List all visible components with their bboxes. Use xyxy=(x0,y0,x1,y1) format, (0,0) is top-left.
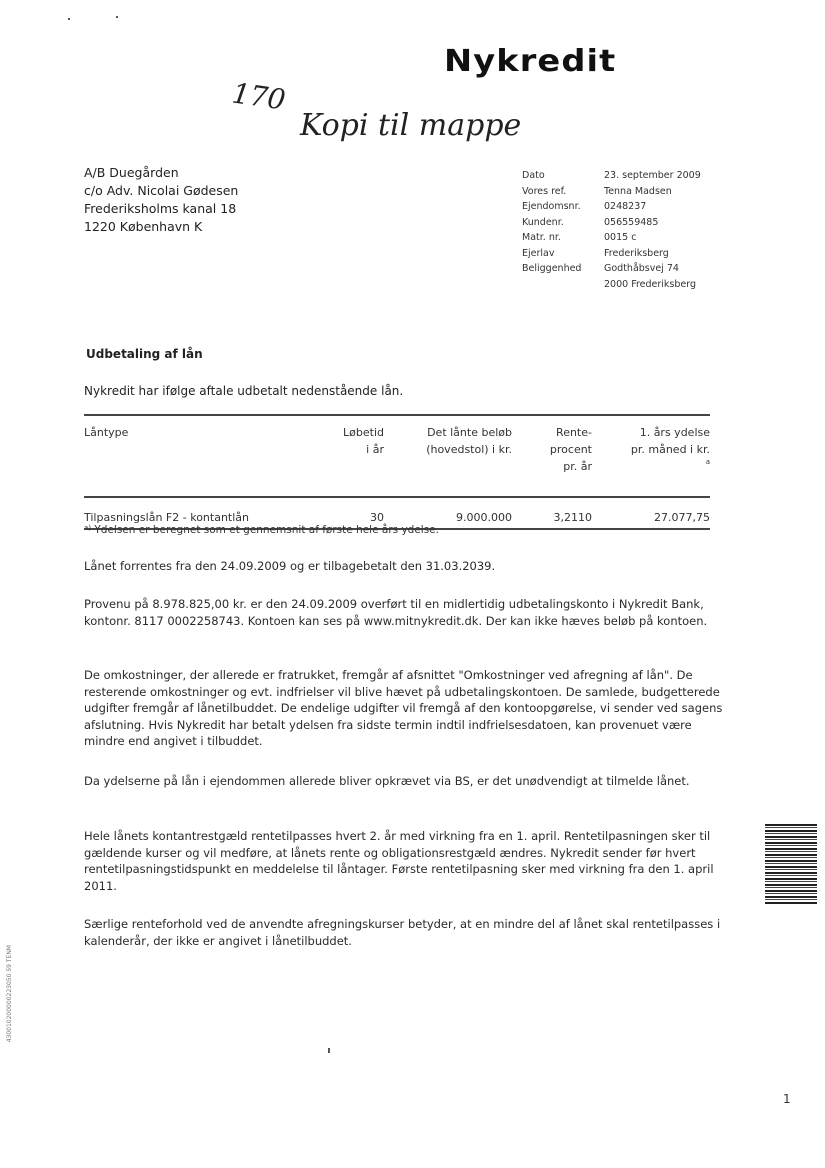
header-rate-line: pr. år xyxy=(512,458,592,475)
table-rule xyxy=(84,496,710,498)
footnote-marker: a) xyxy=(84,524,91,532)
cell-rate: 3,2110 xyxy=(512,511,592,524)
address-line: A/B Duegården xyxy=(84,164,238,182)
meta-label: Ejerlav xyxy=(522,246,604,262)
header-rate-line: procent xyxy=(512,441,592,458)
handwritten-note: Kopi til mappe xyxy=(300,108,521,143)
meta-value: 2000 Frederiksberg xyxy=(604,277,701,293)
header-payment-line: pr. måned i kr. xyxy=(592,441,710,458)
header-loan-type: Låntype xyxy=(84,424,314,484)
address-line: 1220 København K xyxy=(84,218,238,236)
paragraph: Provenu på 8.978.825,00 kr. er den 24.09… xyxy=(84,596,734,629)
paragraph: Hele lånets kontantrestgæld rentetilpass… xyxy=(84,828,734,894)
scan-speck xyxy=(328,1048,330,1053)
header-rate: Rente- procent pr. år xyxy=(512,424,592,484)
paragraph: Da ydelserne på lån i ejendommen allered… xyxy=(84,773,734,790)
address-line: Frederiksholms kanal 18 xyxy=(84,200,238,218)
scan-speck xyxy=(116,16,118,18)
page-number: 1 xyxy=(783,1092,791,1106)
barcode xyxy=(765,824,817,904)
meta-label: Matr. nr. xyxy=(522,230,604,246)
nykredit-logo: Nykredit xyxy=(444,44,616,79)
letter-metadata: Dato23. september 2009 Vores ref.Tenna M… xyxy=(522,168,701,292)
header-amount: Det lånte beløb (hovedstol) i kr. xyxy=(384,424,512,484)
header-amount-line: Det lånte beløb xyxy=(384,424,512,441)
meta-value: 056559485 xyxy=(604,215,701,231)
meta-value: 0015 c xyxy=(604,230,701,246)
cell-amount: 9.000.000 xyxy=(384,511,512,524)
paragraph: De omkostninger, der allerede er fratruk… xyxy=(84,667,734,750)
table-header: Låntype Løbetid i år Det lånte beløb (ho… xyxy=(84,416,710,484)
loan-table: Låntype Løbetid i år Det lånte beløb (ho… xyxy=(84,414,710,530)
meta-label: Ejendomsnr. xyxy=(522,199,604,215)
cell-payment: 27.077,75 xyxy=(592,511,710,524)
meta-value: 0248237 xyxy=(604,199,701,215)
header-payment: 1. års ydelse pr. måned i kr. a xyxy=(592,424,710,484)
footnote-marker: a xyxy=(592,458,710,466)
header-rate-line: Rente- xyxy=(512,424,592,441)
header-term-line: Løbetid xyxy=(314,424,384,441)
meta-label: Dato xyxy=(522,168,604,184)
header-term: Løbetid i år xyxy=(314,424,384,484)
meta-label xyxy=(522,277,604,293)
meta-label: Vores ref. xyxy=(522,184,604,200)
address-line: c/o Adv. Nicolai Gødesen xyxy=(84,182,238,200)
cell-loan-type: Tilpasningslån F2 - kontantlån xyxy=(84,511,314,524)
meta-label: Kundenr. xyxy=(522,215,604,231)
scan-speck xyxy=(68,18,70,20)
recipient-address: A/B Duegården c/o Adv. Nicolai Gødesen F… xyxy=(84,164,238,236)
handwritten-number: 170 xyxy=(230,76,288,116)
paragraph: Særlige renteforhold ved de anvendte afr… xyxy=(84,916,734,949)
cell-term: 30 xyxy=(314,511,384,524)
meta-value: Tenna Madsen xyxy=(604,184,701,200)
footnote-text: Ydelsen er beregnet som et gennemsnit af… xyxy=(94,524,439,536)
header-term-line: i år xyxy=(314,441,384,458)
meta-value: 23. september 2009 xyxy=(604,168,701,184)
paragraph: Lånet forrentes fra den 24.09.2009 og er… xyxy=(84,558,734,575)
section-heading: Udbetaling af lån xyxy=(86,347,203,361)
meta-label: Beliggenhed xyxy=(522,261,604,277)
header-payment-line: 1. års ydelse xyxy=(592,424,710,441)
table-footnote: a) Ydelsen er beregnet som et gennemsnit… xyxy=(84,524,439,536)
intro-text: Nykredit har ifølge aftale udbetalt nede… xyxy=(84,384,403,398)
meta-value: Godthåbsvej 74 xyxy=(604,261,701,277)
header-amount-line: (hovedstol) i kr. xyxy=(384,441,512,458)
document-code: 430010200000223050 59 TENM xyxy=(6,945,13,1042)
meta-value: Frederiksberg xyxy=(604,246,701,262)
